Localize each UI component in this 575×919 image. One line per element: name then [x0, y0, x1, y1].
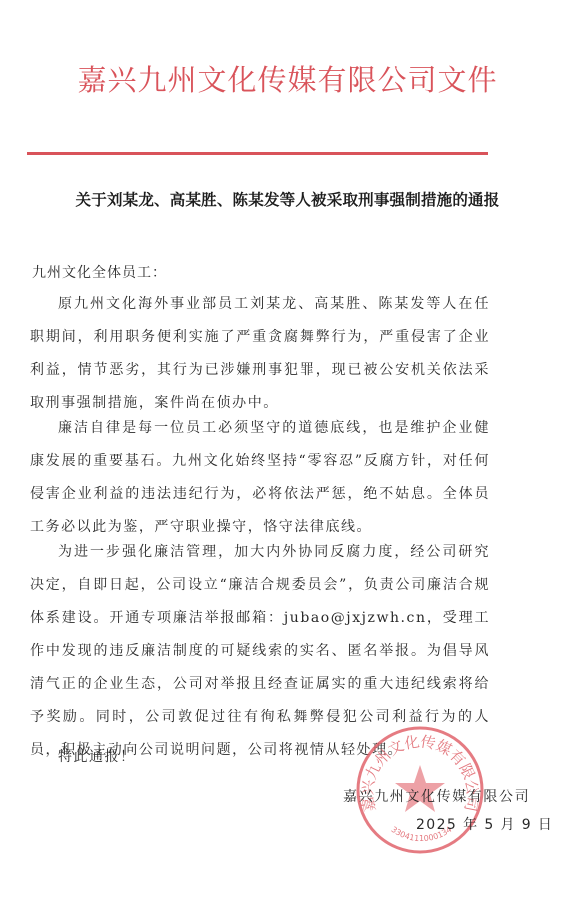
header-divider	[27, 152, 488, 155]
signature-organization: 嘉兴九州文化传媒有限公司	[343, 786, 530, 806]
document-header-title: 嘉兴九州文化传媒有限公司文件	[0, 58, 575, 99]
document-subject: 关于刘某龙、高某胜、陈某发等人被采取刑事强制措施的通报	[0, 188, 575, 210]
paragraph-1: 原九州文化海外事业部员工刘某龙、高某胜、陈某发等人在任职期间，利用职务便利实施了…	[30, 288, 490, 420]
signature-date: 2025 年 5 月 9 日	[416, 814, 553, 834]
document-page: 嘉兴九州文化传媒有限公司文件 关于刘某龙、高某胜、陈某发等人被采取刑事强制措施的…	[0, 0, 575, 919]
closing-remark: 特此通报！	[58, 746, 136, 766]
salutation: 九州文化全体员工：	[32, 262, 167, 282]
paragraph-2: 廉洁自律是每一位员工必须坚守的道德底线，也是维护企业健康发展的重要基石。九州文化…	[30, 412, 490, 544]
